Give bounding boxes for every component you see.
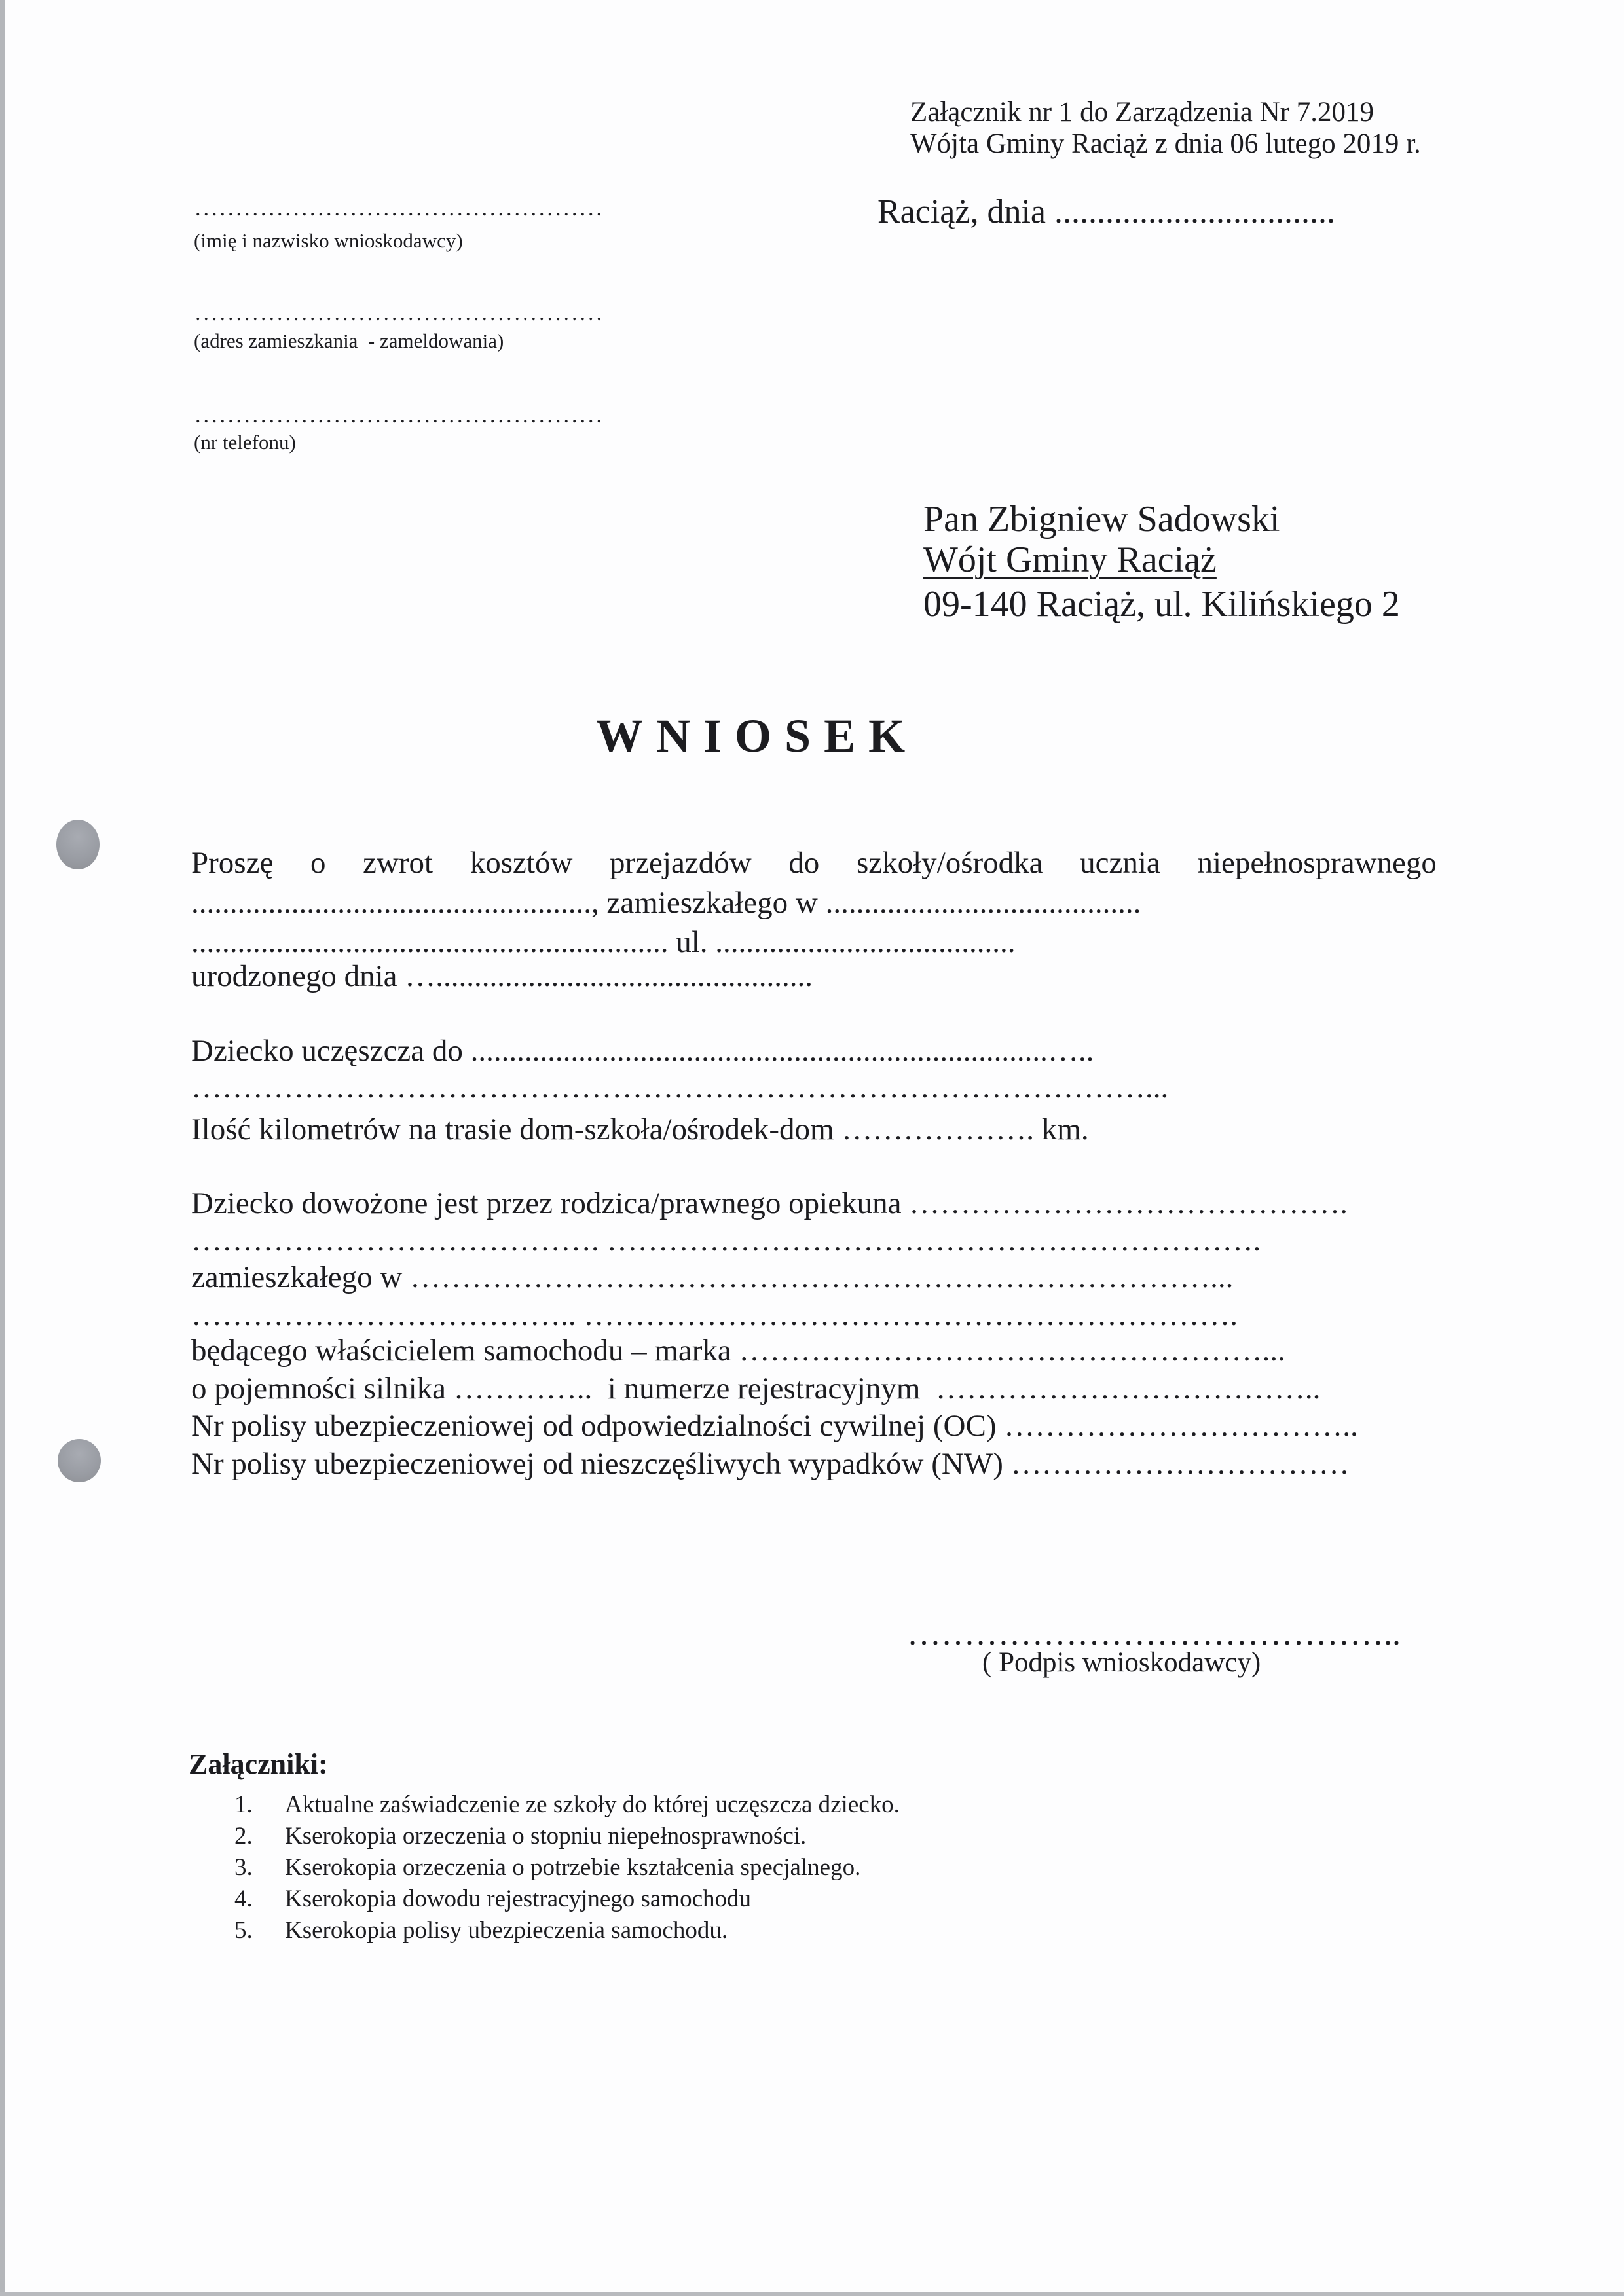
request-line: Proszęozwrotkosztówprzejazdówdoszkoły/oś… xyxy=(191,848,1437,879)
guardian-line[interactable]: Dziecko dowożone jest przez rodzica/praw… xyxy=(191,1188,1348,1219)
attachment-item: Kserokopia polisy ubezpieczenia samochod… xyxy=(285,1918,728,1942)
request-word: do xyxy=(788,848,819,879)
document-title: WNIOSEK xyxy=(596,712,918,759)
attachment-item: Kserokopia dowodu rejestracyjnego samoch… xyxy=(285,1887,751,1911)
request-word: Proszę xyxy=(191,848,273,879)
attachment-item: Kserokopia orzeczenia o stopniu niepełno… xyxy=(285,1824,806,1848)
place-date-field[interactable]: Raciąż, dnia ...........................… xyxy=(877,195,1335,229)
request-word: kosztów xyxy=(470,848,573,879)
guardian-residence-line[interactable]: zamieszkałego w ………………………………………………………………… xyxy=(191,1262,1233,1293)
guardian-residence-continued[interactable]: ……………………………….. ………………………………………………………. xyxy=(191,1300,1238,1331)
student-birthdate-line[interactable]: urodzonego dnia ….......................… xyxy=(191,961,813,992)
km-line[interactable]: Ilość kilometrów na trasie dom-szkoła/oś… xyxy=(191,1114,1089,1145)
signature-field[interactable]: …………………………………….. xyxy=(907,1617,1401,1651)
attachment-item-number: 2. xyxy=(234,1824,253,1848)
recipient-address: 09-140 Raciąż, ul. Kilińskiego 2 xyxy=(923,586,1400,623)
attachment-item-number: 4. xyxy=(234,1887,253,1911)
request-word: niepełnosprawnego xyxy=(1197,848,1436,879)
attachment-item-number: 1. xyxy=(234,1793,253,1817)
guardian-line-continued[interactable]: …………………………………. ………………………………………………………. xyxy=(191,1226,1261,1256)
applicant-name-field[interactable]: ........................................… xyxy=(195,198,604,220)
applicant-address-label: (adres zamieszkania - zameldowania) xyxy=(194,331,504,351)
oc-policy-line[interactable]: Nr polisy ubezpieczeniowej od odpowiedzi… xyxy=(191,1411,1358,1442)
school-line[interactable]: Dziecko uczęszcza do ...................… xyxy=(191,1036,1094,1066)
signature-label: ( Podpis wnioskodawcy) xyxy=(982,1649,1261,1677)
scan-edge-left xyxy=(0,0,5,2296)
attachment-note-line1: Załącznik nr 1 do Zarządzenia Nr 7.2019 xyxy=(910,98,1374,126)
applicant-phone-field[interactable]: ........................................… xyxy=(195,405,604,427)
recipient-title: Wójt Gminy Raciąż xyxy=(923,541,1217,578)
nw-policy-line[interactable]: Nr polisy ubezpieczeniowej od nieszczęśl… xyxy=(191,1449,1350,1480)
attachment-item-number: 5. xyxy=(234,1918,253,1942)
student-street-line[interactable]: ........................................… xyxy=(191,927,1016,958)
attachment-item: Aktualne zaświadczenie ze szkoły do któr… xyxy=(285,1793,900,1817)
engine-registration-line[interactable]: o pojemności silnika ………….. i numerze re… xyxy=(191,1374,1320,1404)
request-word: zwrot xyxy=(363,848,433,879)
car-make-line[interactable]: będącego właścicielem samochodu – marka … xyxy=(191,1336,1285,1366)
attachment-item: Kserokopia orzeczenia o potrzebie kształ… xyxy=(285,1855,860,1880)
request-word: ucznia xyxy=(1080,848,1160,879)
applicant-address-field[interactable]: ........................................… xyxy=(195,302,604,325)
scan-edge-bottom xyxy=(0,2292,1624,2296)
punch-hole-bottom xyxy=(58,1439,101,1482)
school-line-continued[interactable]: …………………………………………………………………………………... xyxy=(191,1072,1168,1103)
attachment-note-line2: Wójta Gminy Raciąż z dnia 06 lutego 2019… xyxy=(910,130,1421,158)
student-name-residence-line[interactable]: ........................................… xyxy=(191,888,1141,919)
request-word: przejazdów xyxy=(610,848,752,879)
attachment-item-number: 3. xyxy=(234,1855,253,1880)
applicant-phone-label: (nr telefonu) xyxy=(194,432,296,452)
recipient-name: Pan Zbigniew Sadowski xyxy=(923,501,1280,538)
punch-hole-top xyxy=(56,820,100,869)
request-word: szkoły/ośrodka xyxy=(857,848,1043,879)
applicant-name-label: (imię i nazwisko wnioskodawcy) xyxy=(194,230,463,251)
attachments-heading: Załączniki: xyxy=(189,1750,328,1779)
request-word: o xyxy=(310,848,326,879)
